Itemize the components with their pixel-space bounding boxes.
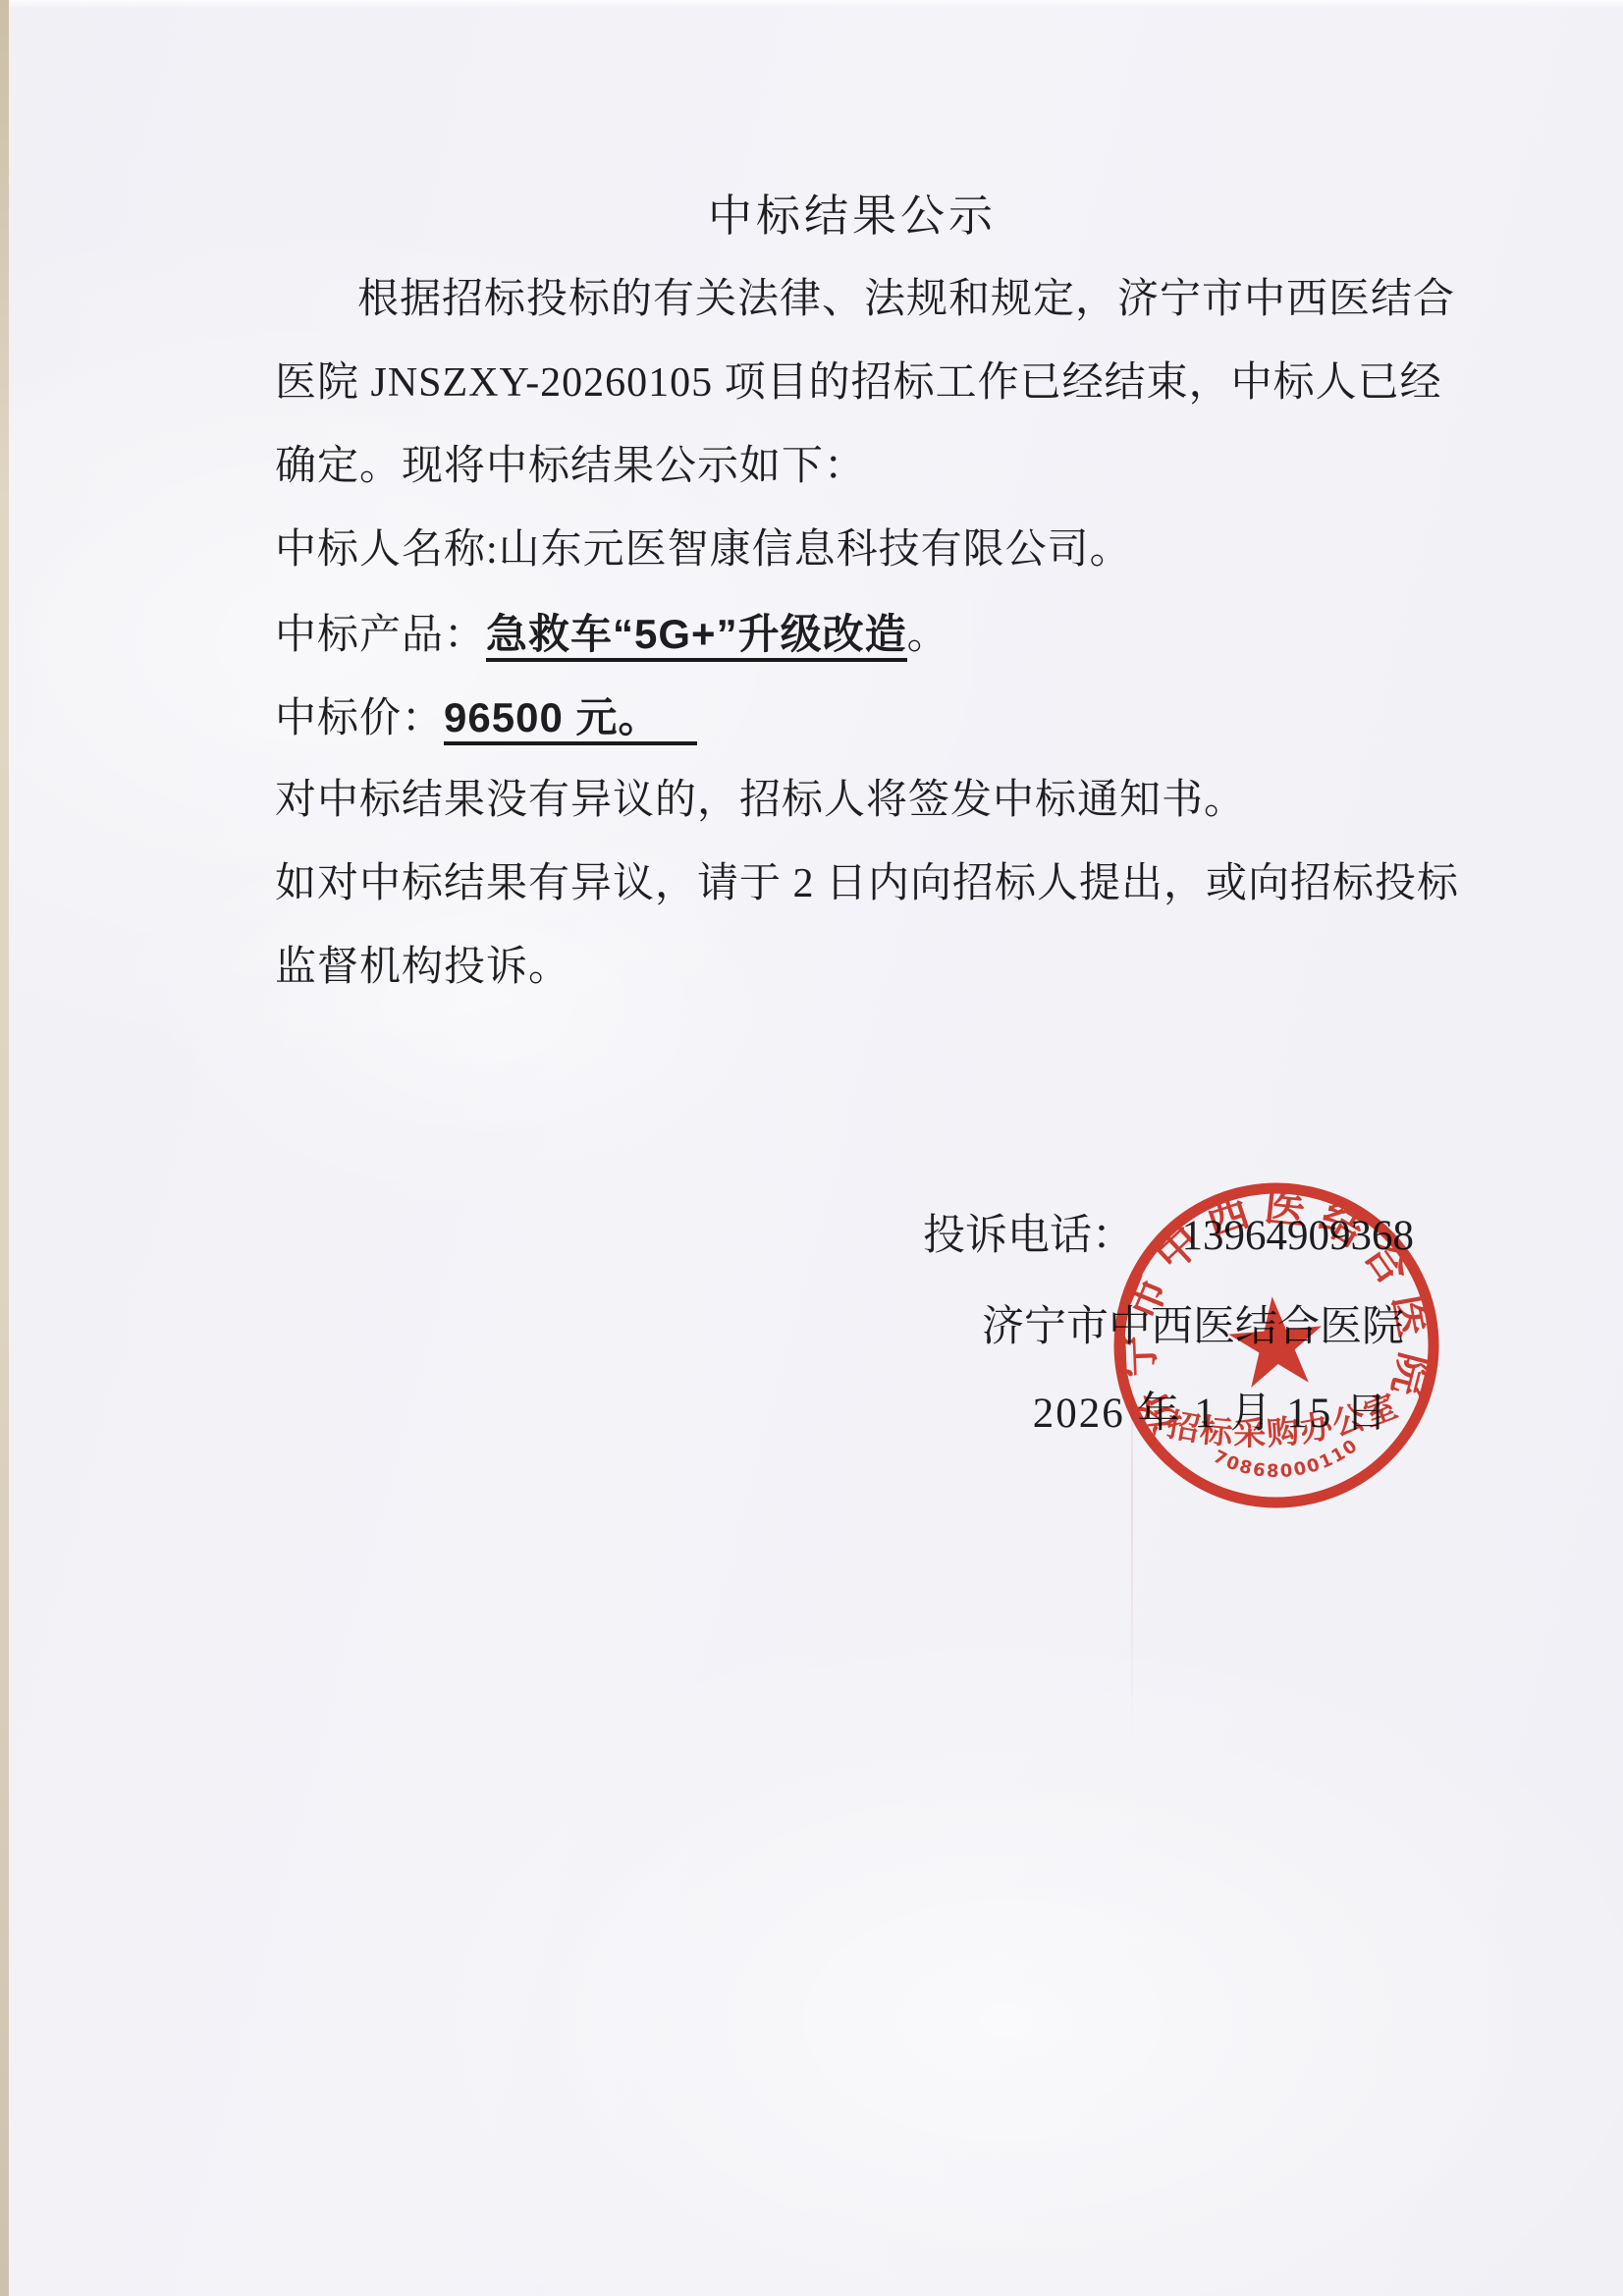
winner-line: 中标人名称:山东元医智康信息科技有限公司。: [275, 509, 1430, 592]
scan-edge-top: [9, 0, 1623, 7]
product-line: 中标产品：急救车“5G+”升级改造。: [275, 592, 1430, 676]
seal-office-text: 招标采购办公室: [1161, 1387, 1405, 1461]
scan-edge-left: [0, 0, 9, 2296]
price-label: 中标价：: [275, 696, 444, 741]
seal-star-icon: [1225, 1292, 1326, 1389]
official-seal: 济宁市中西医结合医院 招标采购办公室 3708680001104: [1091, 1160, 1461, 1530]
document-title: 中标结果公示: [275, 175, 1430, 258]
notice-line-2: 如对中标结果有异议，请于 2 日内向招标人提出，或向招标投标: [275, 843, 1430, 926]
intro-line-3: 确定。现将中标结果公示如下：: [275, 425, 1430, 509]
product-period: 。: [907, 613, 949, 658]
document-body: 中标结果公示 根据招标投标的有关法律、法规和规定，济宁市中西医结合 医院 JNS…: [275, 175, 1430, 1010]
notice-line-3: 监督机构投诉。: [275, 926, 1430, 1010]
notice-line-1: 对中标结果没有异议的，招标人将签发中标通知书。: [275, 759, 1430, 843]
price-value: 96500 元。: [444, 694, 697, 745]
winner-value: 山东元医智康信息科技有限公司。: [499, 527, 1132, 573]
product-value: 急救车“5G+”升级改造: [486, 611, 907, 662]
intro-line-1: 根据招标投标的有关法律、法规和规定，济宁市中西医结合: [275, 258, 1430, 342]
intro-line-2: 医院 JNSZXY-20260105 项目的招标工作已经结束，中标人已经: [275, 342, 1430, 425]
price-line: 中标价：96500 元。: [275, 676, 1430, 759]
winner-label: 中标人名称:: [275, 527, 499, 573]
scanned-document-page: 中标结果公示 根据招标投标的有关法律、法规和规定，济宁市中西医结合 医院 JNS…: [0, 0, 1623, 2296]
product-label: 中标产品：: [275, 613, 486, 658]
